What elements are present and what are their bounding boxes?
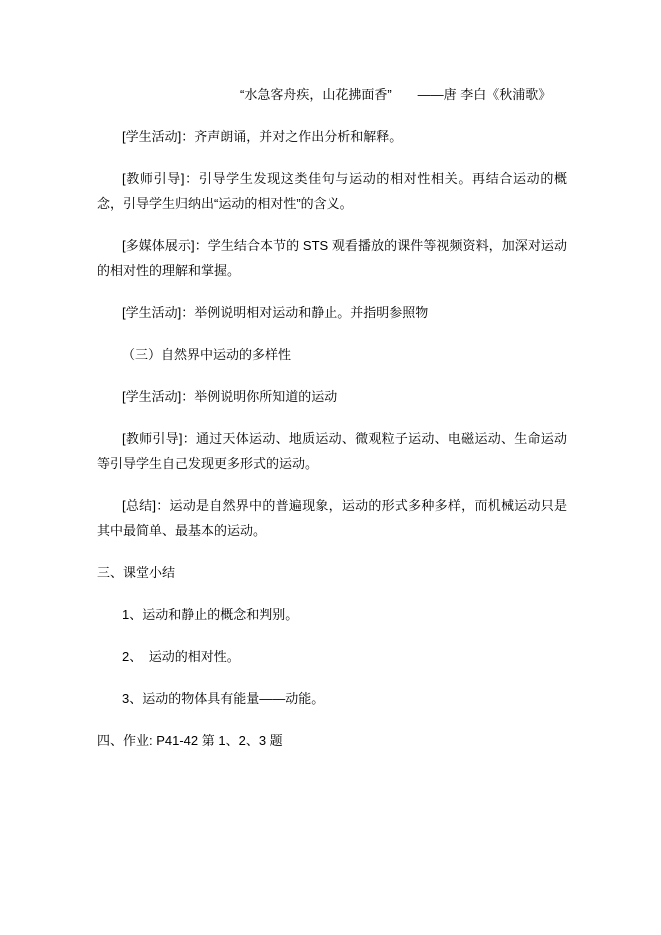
summary-item-2: 2、 运动的相对性。 (97, 644, 567, 669)
student-activity-known: [学生活动]：举例说明你所知道的运动 (97, 384, 567, 409)
poem-quote-line: “水急客舟疾，山花拂面香” ——唐 李白《秋浦歌》 (97, 82, 567, 107)
homework-line: 四、作业: P41-42 第 1、2、3 题 (97, 728, 567, 753)
summary-item-3: 3、运动的物体具有能量——动能。 (97, 686, 567, 711)
subsection-heading-three: （三）自然界中运动的多样性 (97, 342, 567, 367)
student-activity-examples: [学生活动]：举例说明相对运动和静止。并指明参照物 (97, 300, 567, 325)
teacher-guide-relativity: [教师引导]：引导学生发现这类佳句与运动的相对性相关。再结合运动的概念，引导学生… (97, 166, 567, 216)
section-heading-lesson-summary: 三、课堂小结 (97, 560, 567, 585)
multimedia-display-note: [多媒体展示]：学生结合本节的 STS 观看播放的课件等视频资料，加深对运动的相… (97, 233, 567, 283)
summary-item-1: 1、运动和静止的概念和判别。 (97, 602, 567, 627)
teacher-guide-motion-forms: [教师引导]：通过天体运动、地质运动、微观粒子运动、电磁运动、生命运动等引导学生… (97, 426, 567, 476)
student-activity-recite: [学生活动]：齐声朗诵，并对之作出分析和解释。 (97, 124, 567, 149)
summary-paragraph: [总结]：运动是自然界中的普遍现象，运动的形式多种多样，而机械运动只是其中最简单… (97, 493, 567, 543)
document-page: “水急客舟疾，山花拂面香” ——唐 李白《秋浦歌》 [学生活动]：齐声朗诵，并对… (0, 0, 661, 935)
